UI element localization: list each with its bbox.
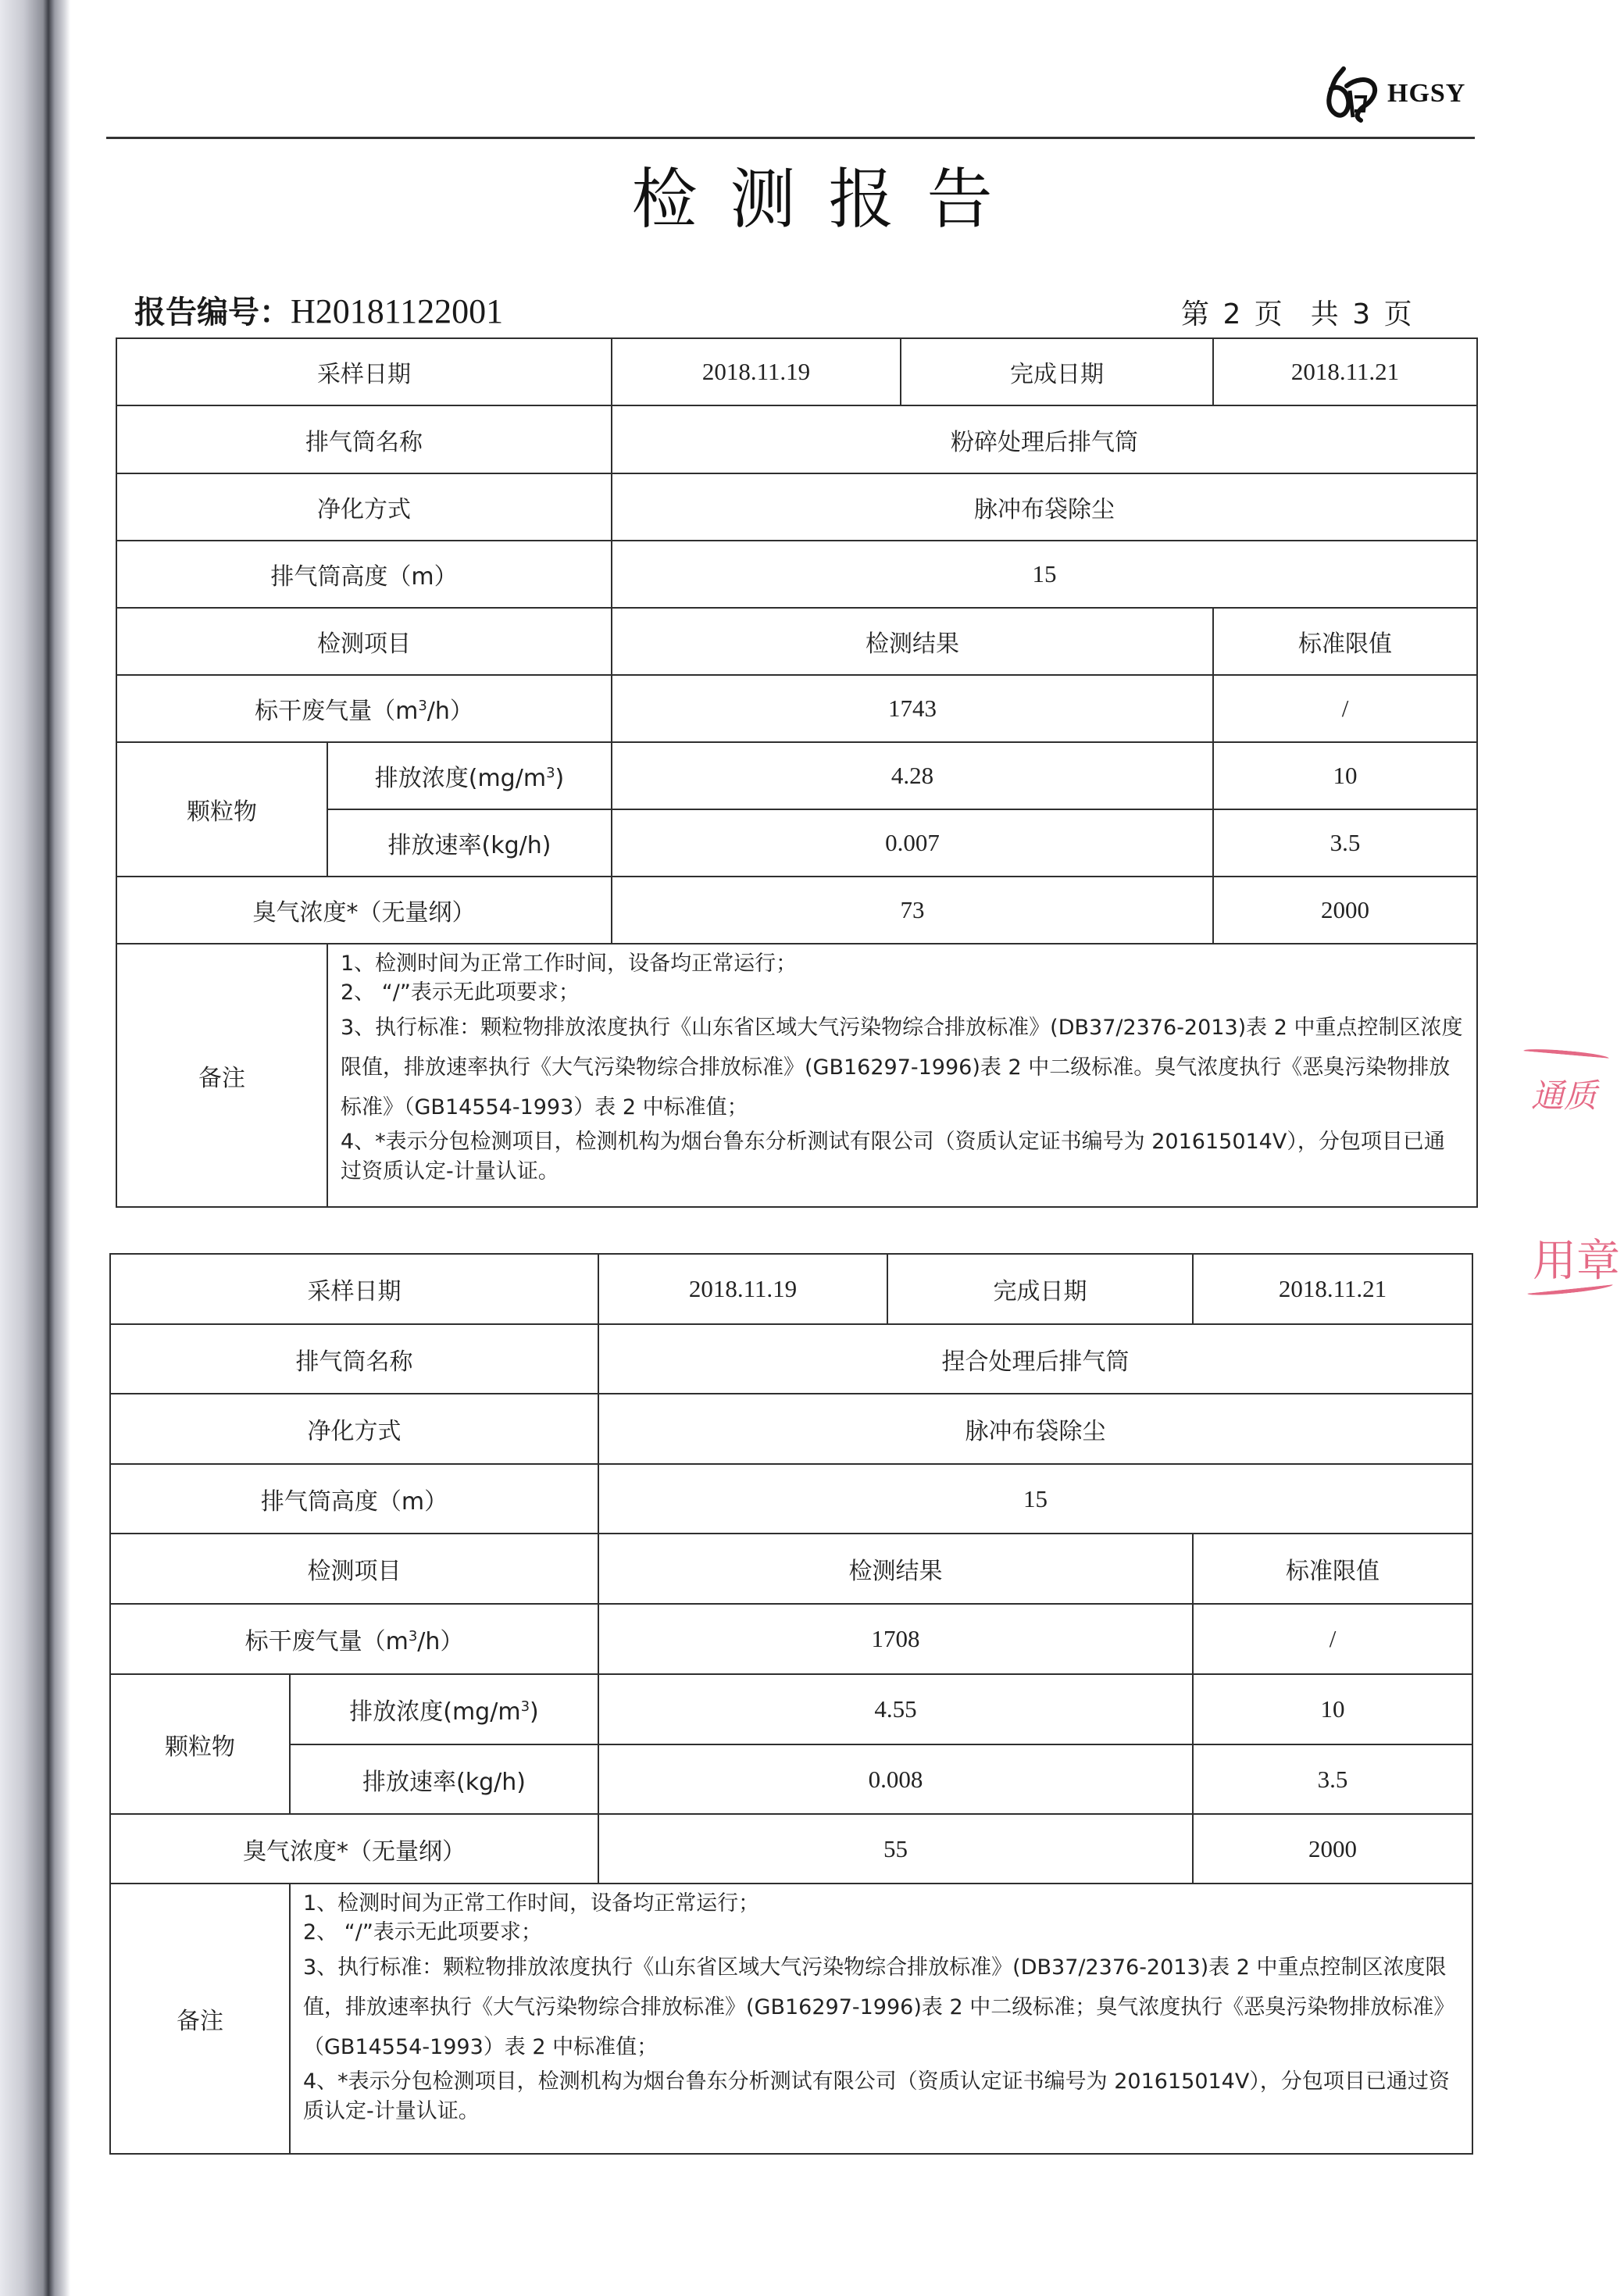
particulate-label: 颗粒物 (110, 1674, 290, 1814)
stack-name-label: 排气筒名称 (116, 405, 612, 473)
note-4: 4、*表示分包检测项目，检测机构为烟台鲁东分析测试有限公司（资质认定证书编号为 … (303, 2067, 1461, 2126)
odor-label: 臭气浓度*（无量纲） (116, 877, 612, 944)
completion-date-label: 完成日期 (887, 1254, 1193, 1324)
sampling-date-label: 采样日期 (110, 1254, 598, 1324)
notes-content: 1、检测时间为正常工作时间，设备均正常运行； 2、 “/”表示无此项要求； 3、… (327, 944, 1477, 1207)
table-header-row: 检测项目 检测结果 标准限值 (110, 1534, 1472, 1604)
table-header-row: 检测项目 检测结果 标准限值 (116, 608, 1477, 675)
header-item: 检测项目 (116, 608, 612, 675)
stack-name: 粉碎处理后排气筒 (612, 405, 1477, 473)
sampling-date: 2018.11.19 (598, 1254, 887, 1324)
odor-result: 55 (598, 1814, 1193, 1884)
table-row: 标干废气量（m3/h） 1743 / (116, 675, 1477, 742)
stack-height: 15 (598, 1464, 1472, 1534)
particulate-conc-label: 排放浓度(mg/m3) (290, 1674, 598, 1744)
odor-result: 73 (612, 877, 1213, 944)
note-4: 4、*表示分包检测项目，检测机构为烟台鲁东分析测试有限公司（资质认定证书编号为 … (341, 1127, 1465, 1186)
flow-label: 标干废气量（m3/h） (116, 675, 612, 742)
stamp-top-text: 通质 (1531, 1070, 1597, 1117)
stack-height-label: 排气筒高度（m） (116, 541, 612, 608)
particulate-rate-limit: 3.5 (1213, 809, 1477, 877)
report-number-label: 报告编号： (134, 294, 291, 330)
flow-limit: / (1193, 1604, 1472, 1674)
table-row: 臭气浓度*（无量纲） 55 2000 (110, 1814, 1472, 1884)
stack-name-label: 排气筒名称 (110, 1324, 598, 1394)
odor-limit: 2000 (1213, 877, 1477, 944)
logo-text: HGSY (1387, 79, 1465, 109)
table-row: 净化方式 脉冲布袋除尘 (110, 1394, 1472, 1464)
report-number: 报告编号：H20181122001 (134, 287, 503, 332)
header-result: 检测结果 (612, 608, 1213, 675)
header-limit: 标准限值 (1213, 608, 1477, 675)
flow-label: 标干废气量（m3/h） (110, 1604, 598, 1674)
page-indicator: 第 2 页 共 3 页 (1181, 292, 1412, 332)
stamp-arc-top (1523, 1047, 1609, 1062)
stack-height-label: 排气筒高度（m） (110, 1464, 598, 1534)
particulate-conc-result: 4.55 (598, 1674, 1193, 1744)
table-row: 排气筒高度（m） 15 (110, 1464, 1472, 1534)
note-3: 3、执行标准：颗粒物排放浓度执行《山东省区域大气污染物综合排放标准》(DB37/… (303, 1948, 1461, 2068)
table-row: 采样日期 2018.11.19 完成日期 2018.11.21 (110, 1254, 1472, 1324)
table-row: 颗粒物 排放浓度(mg/m3) 4.28 10 (116, 742, 1477, 809)
completion-date-label: 完成日期 (901, 338, 1213, 405)
purification-label: 净化方式 (110, 1394, 598, 1464)
header-limit: 标准限值 (1193, 1534, 1472, 1604)
header-rule (106, 137, 1475, 139)
note-1: 1、检测时间为正常工作时间，设备均正常运行； (303, 1889, 1461, 1918)
note-3: 3、执行标准：颗粒物排放浓度执行《山东省区域大气污染物综合排放标准》(DB37/… (341, 1008, 1465, 1128)
test-result-table-2: 采样日期 2018.11.19 完成日期 2018.11.21 排气筒名称 捏合… (109, 1253, 1473, 2155)
particulate-rate-label: 排放速率(kg/h) (327, 809, 612, 877)
note-2: 2、 “/”表示无此项要求； (341, 978, 1465, 1007)
page-title: 检测报告 (0, 147, 1624, 241)
particulate-conc-limit: 10 (1193, 1674, 1472, 1744)
flow-result: 1708 (598, 1604, 1193, 1674)
sampling-date-label: 采样日期 (116, 338, 612, 405)
scan-binding-edge (0, 0, 70, 2296)
table-row: 臭气浓度*（无量纲） 73 2000 (116, 877, 1477, 944)
particulate-rate-limit: 3.5 (1193, 1744, 1472, 1814)
notes-label: 备注 (116, 944, 327, 1207)
completion-date: 2018.11.21 (1193, 1254, 1472, 1324)
stamp-bottom-text: 用章 (1533, 1227, 1620, 1289)
stack-height: 15 (612, 541, 1477, 608)
header-item: 检测项目 (110, 1534, 598, 1604)
company-logo: HGSY (1320, 62, 1484, 125)
particulate-rate-label: 排放速率(kg/h) (290, 1744, 598, 1814)
notes-label: 备注 (110, 1884, 290, 2154)
header-result: 检测结果 (598, 1534, 1193, 1604)
particulate-rate-result: 0.007 (612, 809, 1213, 877)
hgsy-logo-icon (1320, 62, 1383, 125)
table-row: 排气筒名称 捏合处理后排气筒 (110, 1324, 1472, 1394)
odor-limit: 2000 (1193, 1814, 1472, 1884)
table-row: 标干废气量（m3/h） 1708 / (110, 1604, 1472, 1674)
table-row: 排气筒名称 粉碎处理后排气筒 (116, 405, 1477, 473)
completion-date: 2018.11.21 (1213, 338, 1477, 405)
purification-label: 净化方式 (116, 473, 612, 541)
purification-method: 脉冲布袋除尘 (598, 1394, 1472, 1464)
table-row: 采样日期 2018.11.19 完成日期 2018.11.21 (116, 338, 1477, 405)
odor-label: 臭气浓度*（无量纲） (110, 1814, 598, 1884)
notes-row: 备注 1、检测时间为正常工作时间，设备均正常运行； 2、 “/”表示无此项要求；… (116, 944, 1477, 1207)
test-result-table-1: 采样日期 2018.11.19 完成日期 2018.11.21 排气筒名称 粉碎… (116, 337, 1478, 1208)
particulate-conc-result: 4.28 (612, 742, 1213, 809)
report-number-value: H20181122001 (291, 292, 503, 330)
note-1: 1、检测时间为正常工作时间，设备均正常运行； (341, 949, 1465, 978)
table-row: 颗粒物 排放浓度(mg/m3) 4.55 10 (110, 1674, 1472, 1744)
table-row: 排气筒高度（m） 15 (116, 541, 1477, 608)
stack-name: 捏合处理后排气筒 (598, 1324, 1472, 1394)
table-row: 净化方式 脉冲布袋除尘 (116, 473, 1477, 541)
purification-method: 脉冲布袋除尘 (612, 473, 1477, 541)
sampling-date: 2018.11.19 (612, 338, 901, 405)
notes-content: 1、检测时间为正常工作时间，设备均正常运行； 2、 “/”表示无此项要求； 3、… (290, 1884, 1472, 2154)
particulate-conc-label: 排放浓度(mg/m3) (327, 742, 612, 809)
particulate-label: 颗粒物 (116, 742, 327, 877)
particulate-rate-result: 0.008 (598, 1744, 1193, 1814)
note-2: 2、 “/”表示无此项要求； (303, 1918, 1461, 1947)
flow-limit: / (1213, 675, 1477, 742)
notes-row: 备注 1、检测时间为正常工作时间，设备均正常运行； 2、 “/”表示无此项要求；… (110, 1884, 1472, 2154)
official-seal-stamp: 通质 用章 (1523, 1051, 1624, 1301)
flow-result: 1743 (612, 675, 1213, 742)
table-row: 排放速率(kg/h) 0.008 3.5 (110, 1744, 1472, 1814)
particulate-conc-limit: 10 (1213, 742, 1477, 809)
